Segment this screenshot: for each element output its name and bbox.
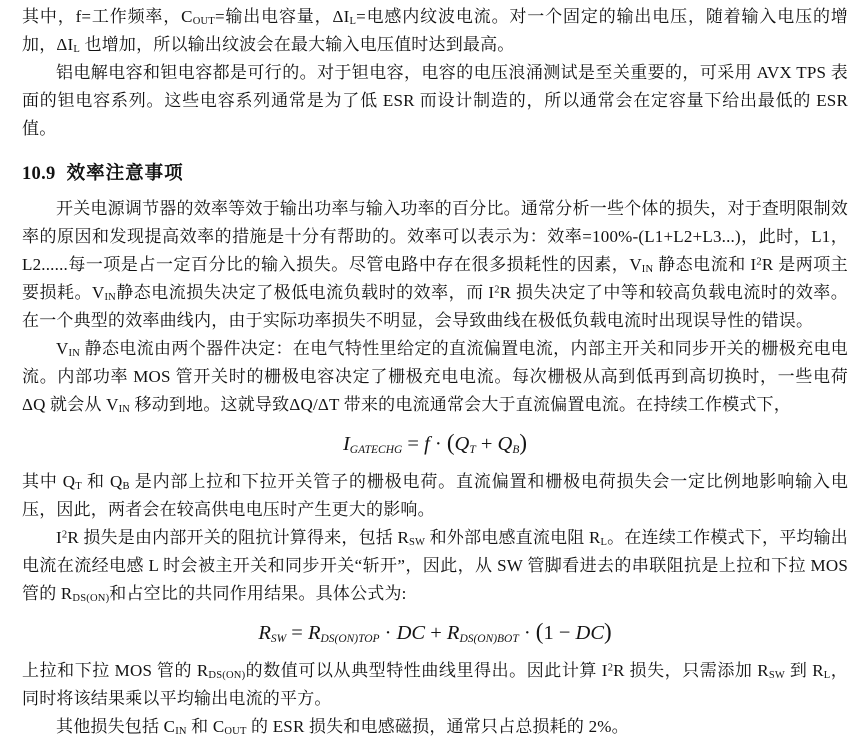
text-run: 和外部电感直流电阻 R xyxy=(425,528,600,547)
para-other-losses: 其他损失包括 CIN 和 COUT 的 ESR 损失和电感磁损，通常只占总损耗的… xyxy=(22,713,848,741)
formula-run: Q xyxy=(498,433,513,455)
text-run: 上拉和下拉 MOS 管的 R xyxy=(22,661,208,680)
para-efficiency-intro: 开关电源调节器的效率等效于输出功率与输入功率的百分比。通常分析一些个体的损失，对… xyxy=(22,195,848,335)
text-run: =输出电容量，ΔI xyxy=(215,7,350,26)
text-run: B xyxy=(122,481,129,492)
formula-run: R xyxy=(308,622,321,644)
text-run: OUT xyxy=(193,16,215,27)
para-rdson-values: 上拉和下拉 MOS 管的 RDS(ON)的数值可以从典型特性曲线里得出。因此计算… xyxy=(22,657,848,713)
text-run: 和 Q xyxy=(82,472,123,491)
section-heading: 10.9效率注意事项 xyxy=(22,160,848,188)
para-capacitor-choice: 铝电解电容和钽电容都是可行的。对于钽电容，电容的电压浪涌测试是至关重要的，可采用… xyxy=(22,59,848,143)
document-page: 其中，f=工作频率，COUT=输出电容量，ΔIL=电感内纹波电流。对一个固定的输… xyxy=(0,0,868,741)
formula-run: R xyxy=(258,622,271,644)
formula-run: · xyxy=(519,622,536,644)
formula-run: Q xyxy=(455,433,470,455)
formula-run: = xyxy=(402,433,424,455)
para-vin-quiescent: VIN 静态电流由两个器件决定：在电气特性里给定的直流偏置电流，内部主开关和同步… xyxy=(22,335,848,419)
formula-run: SW xyxy=(271,633,286,645)
text-run: SW xyxy=(409,537,425,548)
para-i2r-loss: I2R 损失是由内部开关的阻抗计算得来，包括 RSW 和外部电感直流电阻 RL。… xyxy=(22,524,848,608)
formula-run: 1 − xyxy=(543,622,575,644)
text-run: 到 R xyxy=(785,661,824,680)
formula-run: = xyxy=(286,622,308,644)
text-run: R 损失是由内部开关的阻抗计算得来，包括 R xyxy=(67,528,409,547)
text-run: IN xyxy=(68,348,80,359)
text-run: IN xyxy=(642,264,654,275)
section-title: 效率注意事项 xyxy=(67,164,184,184)
equation-gate-charge-current: IGATECHG = f · (QT + QB) xyxy=(22,426,848,461)
formula-run: GATECHG xyxy=(350,444,402,456)
text-run: 的数值可以从典型特性曲线里得出。因此计算 I xyxy=(245,661,607,680)
formula-run: DS(ON)TOP xyxy=(321,633,380,645)
text-run: 的 ESR 损失和电感磁损，通常只占总损耗的 2%。 xyxy=(247,717,629,736)
text-run: SW xyxy=(769,670,785,681)
equation-rsw: RSW = RDS(ON)TOP · DC + RDS(ON)BOT · (1 … xyxy=(22,615,848,650)
formula-run: R xyxy=(447,622,460,644)
formula-run: + xyxy=(425,622,447,644)
text-run: IN xyxy=(175,726,187,737)
formula-run: + xyxy=(476,433,498,455)
formula-run: DC xyxy=(397,622,425,644)
text-run: T xyxy=(75,481,82,492)
para-output-ripple: 其中，f=工作频率，COUT=输出电容量，ΔIL=电感内纹波电流。对一个固定的输… xyxy=(22,3,848,59)
text-run: 和 C xyxy=(187,717,225,736)
text-run: 移动到地。这就导致ΔQ/ΔT 带来的电流通常会大于直流偏置电流。在持续工作模式下… xyxy=(130,395,791,414)
document-content: 其中，f=工作频率，COUT=输出电容量，ΔIL=电感内纹波电流。对一个固定的输… xyxy=(22,3,848,741)
text-run: 其中 Q xyxy=(22,472,75,491)
formula-run: DC xyxy=(576,622,604,644)
text-run: OUT xyxy=(224,726,246,737)
text-run: R 损失，只需添加 R xyxy=(613,661,769,680)
text-run: IN xyxy=(119,404,131,415)
formula-run: · xyxy=(430,433,447,455)
text-run: 静态电流损失决定了极低电流负载时的效率，而 I xyxy=(116,283,494,302)
section-number: 10.9 xyxy=(22,164,56,184)
formula-run: I xyxy=(343,433,350,455)
text-run: V xyxy=(56,339,68,358)
text-run: 也增加，所以输出纹波会在最大输入电压值时达到最高。 xyxy=(80,35,514,54)
para-gate-charge-explain: 其中 QT 和 QB 是内部上拉和下拉开关管子的栅极电荷。直流偏置和栅极电荷损失… xyxy=(22,468,848,524)
text-run: 其中，f=工作频率，C xyxy=(22,7,193,26)
text-run: 其他损失包括 C xyxy=(56,717,175,736)
formula-run: ) xyxy=(519,430,527,455)
text-run: 静态电流和 I xyxy=(653,255,756,274)
formula-run: DS(ON)BOT xyxy=(459,633,518,645)
text-run: DS(ON) xyxy=(72,593,109,604)
formula-run: ( xyxy=(447,430,455,455)
text-run: 铝电解电容和钽电容都是可行的。对于钽电容，电容的电压浪涌测试是至关重要的，可采用… xyxy=(22,63,848,138)
text-run: IN xyxy=(104,292,116,303)
text-run: 和占空比的共同作用结果。具体公式为: xyxy=(109,584,406,603)
text-run: 是内部上拉和下拉开关管子的栅极电荷。直流偏置和栅极电荷损失会一定比例地影响输入电… xyxy=(22,472,848,519)
text-run: DS(ON) xyxy=(208,670,245,681)
formula-run: · xyxy=(380,622,397,644)
formula-run: ) xyxy=(604,619,612,644)
